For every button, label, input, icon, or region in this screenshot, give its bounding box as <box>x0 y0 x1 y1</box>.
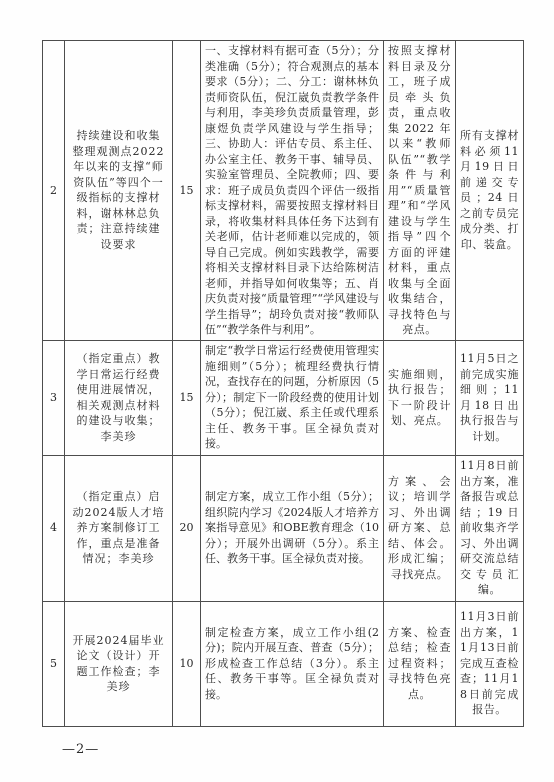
task-table: 2 持续建设和收集整理观测点2022年以来的支撑“师资队伍”等四个一级指标的支撑… <box>42 40 524 727</box>
cell-task: 持续建设和收集整理观测点2022年以来的支撑“师资队伍”等四个一级指标的支撑材料… <box>65 41 173 341</box>
table-row: 2 持续建设和收集整理观测点2022年以来的支撑“师资队伍”等四个一级指标的支撑… <box>43 41 524 341</box>
cell-deadline: 11月3日前出方案，11月13日前完成互查检查；11月18日前完成报告。 <box>456 601 524 726</box>
cell-deliverables: 按照支撑材料目录及分工，班子成员牵头负责，重点收集2022年以来“教师队伍”“教… <box>384 41 456 341</box>
cell-requirements: 一、支撑材料有据可查（5分）；分类准确（5分）；符合观测点的基本要求（5分）；二… <box>201 41 384 341</box>
cell-score: 20 <box>173 455 201 601</box>
cell-task: （指定重点）教学日常运行经费使用进展情况，相关观测点材料的建设与收集；李美珍 <box>65 340 173 455</box>
cell-number: 4 <box>43 455 65 601</box>
cell-deadline: 所有支撑材料必须11月19日日前递交专员；24日之前专员完成分类、打印、装盒。 <box>456 41 524 341</box>
cell-requirements: 制定检查方案，成立工作小组(2分)；院内开展互查、普查（5分）；形成检查工作总结… <box>201 601 384 726</box>
table-row: 3 （指定重点）教学日常运行经费使用进展情况，相关观测点材料的建设与收集；李美珍… <box>43 340 524 455</box>
cell-deadline: 11月5日之前完成实施细则；11月18日出执行报告与计划。 <box>456 340 524 455</box>
cell-task: （指定重点）启动2024版人才培养方案制修订工作，重点是准备情况；李美珍 <box>65 455 173 601</box>
page-number: —2— <box>62 742 99 757</box>
cell-score: 15 <box>173 340 201 455</box>
cell-requirements: 制定方案，成立工作小组（5分）；组织院内学习《2024版人才培养方案指导意见》和… <box>201 455 384 601</box>
cell-number: 5 <box>43 601 65 726</box>
cell-deliverables: 方案、会议；培训学习、外出调研方案、总结、体会。形成汇编；寻找亮点。 <box>384 455 456 601</box>
cell-deadline: 11月8日前出方案，准备报告或总结；19日前收集齐学习、外出调研交流总结交专员汇… <box>456 455 524 601</box>
cell-score: 10 <box>173 601 201 726</box>
table-row: 4 （指定重点）启动2024版人才培养方案制修订工作，重点是准备情况；李美珍 2… <box>43 455 524 601</box>
table-row: 5 开展2024届毕业论文（设计）开题工作检查；李美珍 10 制定检查方案，成立… <box>43 601 524 726</box>
cell-requirements: 制定“教学日常运行经费使用管理实施细则”（5分）；梳理经费执行情况，查找存在的问… <box>201 340 384 455</box>
cell-deliverables: 实施细则，执行报告；下一阶段计划、亮点。 <box>384 340 456 455</box>
cell-number: 3 <box>43 340 65 455</box>
cell-number: 2 <box>43 41 65 341</box>
cell-deliverables: 方案、检查总结；检查过程资料；寻找特色亮点。 <box>384 601 456 726</box>
cell-score: 15 <box>173 41 201 341</box>
document-page: 2 持续建设和收集整理观测点2022年以来的支撑“师资队伍”等四个一级指标的支撑… <box>0 0 554 782</box>
cell-task: 开展2024届毕业论文（设计）开题工作检查；李美珍 <box>65 601 173 726</box>
